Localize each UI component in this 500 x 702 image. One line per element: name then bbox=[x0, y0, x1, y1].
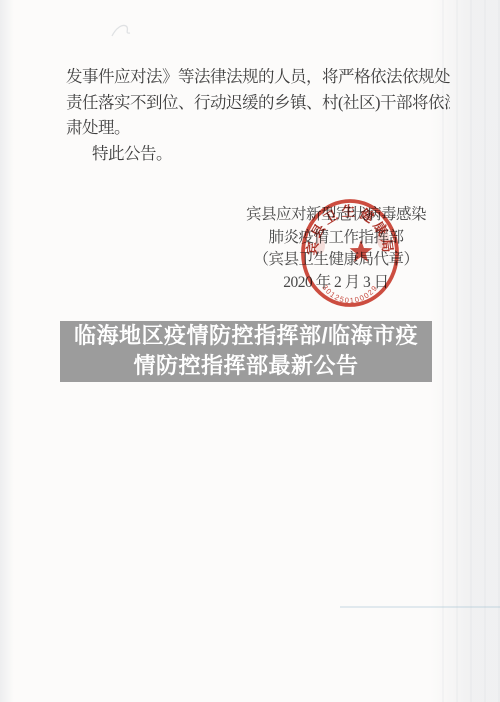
seal-ink-smudge bbox=[377, 229, 389, 249]
scan-artifact-line bbox=[340, 606, 500, 608]
notice-text-line: 发事件应对法》等法律法规的人员，将严格依法依规处理；对工作 bbox=[66, 64, 450, 90]
seal-ink-smudge bbox=[315, 236, 325, 254]
caption-overlay: 临海地区疫情防控指挥部/临海市疫情防控指挥部最新公告 bbox=[60, 321, 432, 382]
notice-body-text: 发事件应对法》等法律法规的人员，将严格依法依规处理；对工作责任落实不到位、行动迟… bbox=[66, 64, 450, 166]
caption-line: 临海地区疫情防控指挥部/临海市疫 bbox=[60, 321, 432, 351]
notice-text-line: 特此公告。 bbox=[66, 141, 450, 167]
pencil-smudge bbox=[108, 20, 138, 42]
caption-line: 情防控指挥部最新公告 bbox=[60, 351, 432, 381]
official-seal: 宾县卫生健康局 301250100029 bbox=[295, 193, 405, 313]
notice-text-line: 肃处理。 bbox=[66, 115, 450, 141]
notice-text-line: 责任落实不到位、行动迟缓的乡镇、村(社区)干部将依法依纪严 bbox=[66, 90, 450, 116]
scan-texture-left bbox=[0, 0, 14, 702]
seal-star-icon bbox=[350, 240, 373, 262]
notice-page: 发事件应对法》等法律法规的人员，将严格依法依规处理；对工作责任落实不到位、行动迟… bbox=[0, 0, 500, 702]
